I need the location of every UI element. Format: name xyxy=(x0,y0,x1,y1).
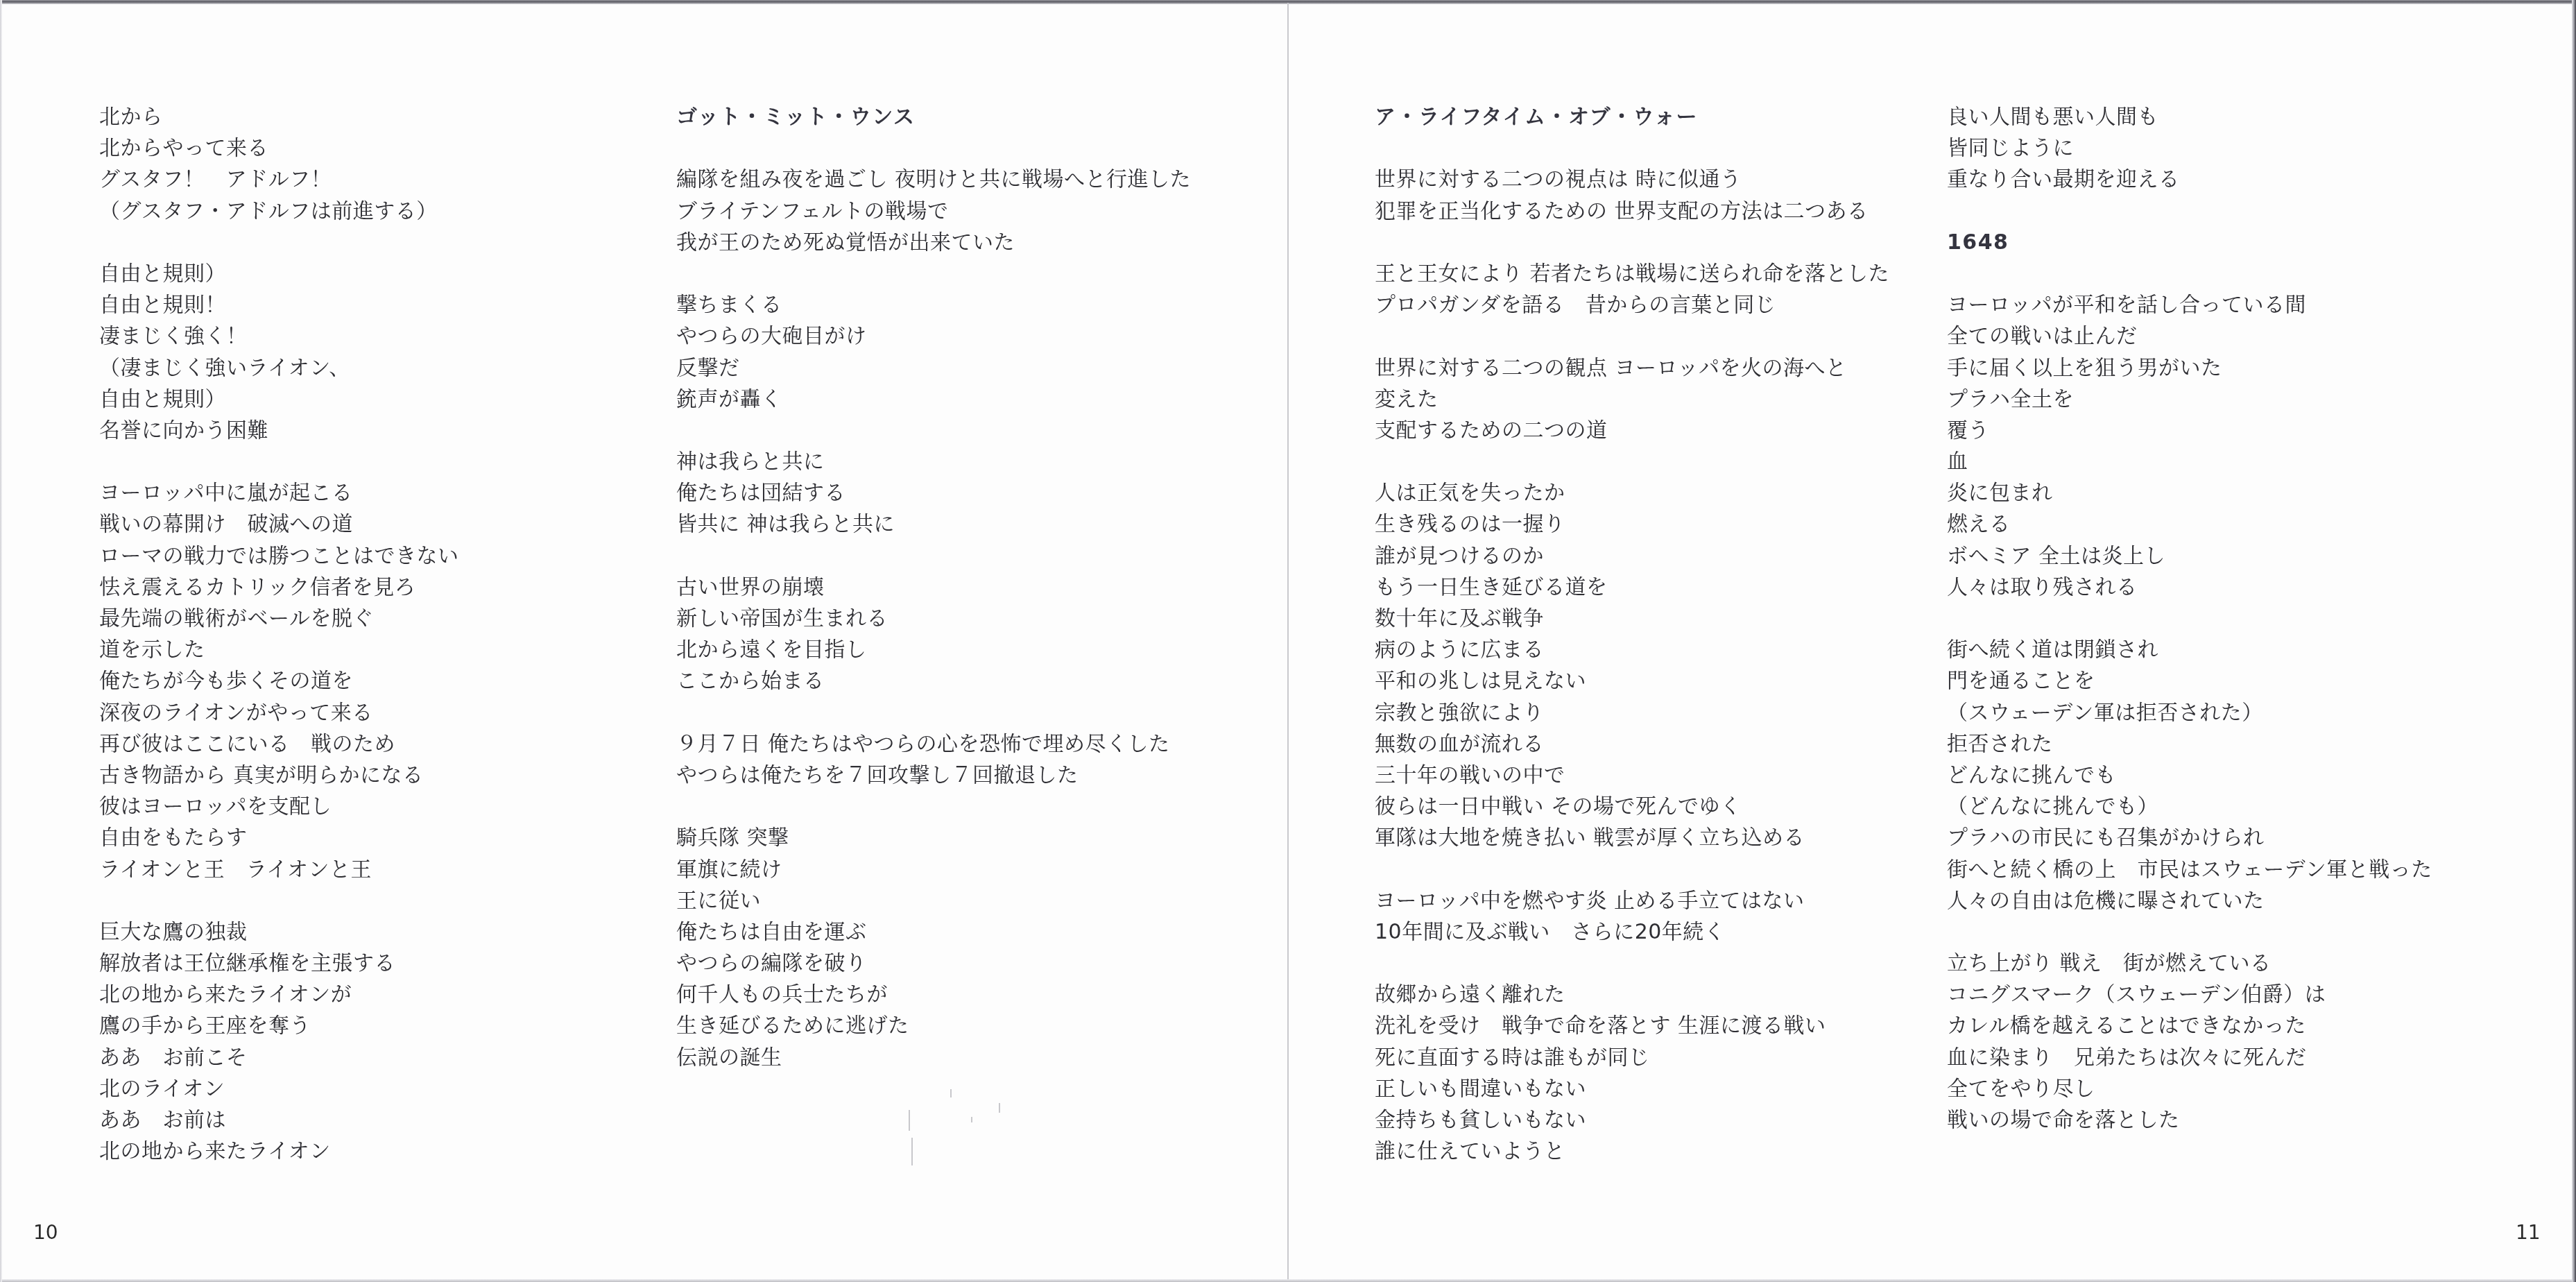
lyric-line: （どんなに挑んでも） xyxy=(1947,791,2432,822)
lyric-line: 俺たちは自由を運ぶ xyxy=(676,916,1191,948)
lyric-line: プロパガンダを語る 昔からの言葉と同じ xyxy=(1375,289,1889,320)
lyric-line: 新しい帝国が生まれる xyxy=(676,603,1191,634)
lyric-line: ブライテンフェルトの戦場で xyxy=(676,196,1191,227)
stanza-gap xyxy=(99,885,459,916)
lyric-line: 撃ちまくる xyxy=(676,289,1191,320)
lyric-line: 故郷から遠く離れた xyxy=(1375,979,1889,1010)
lyric-line: 病のように広まる xyxy=(1375,634,1889,665)
lyric-line: 人々の自由は危機に曝されていた xyxy=(1947,885,2432,916)
lyric-line: 古き物語から 真実が明らかになる xyxy=(99,760,459,791)
song-title: ゴット・ミット・ウンス xyxy=(676,101,1191,133)
lyric-line: 生き残るのは一握り xyxy=(1375,508,1889,540)
lyric-line: 彼はヨーロッパを支配し xyxy=(99,791,459,822)
lyric-line: 我が王のため死ぬ覚悟が出来ていた xyxy=(676,227,1191,258)
lyrics-column-1: 北から北からやって来るグスタフ！ アドルフ！（グスタフ・アドルフは前進する）自由… xyxy=(99,101,459,1167)
lyric-line: 伝説の誕生 xyxy=(676,1042,1191,1073)
lyric-line: 自由と規則） xyxy=(99,258,459,289)
lyric-line: 燃える xyxy=(1947,508,2432,540)
lyric-line: 凄まじく強く！ xyxy=(99,320,459,352)
stanza-gap xyxy=(676,697,1191,728)
lyric-line: 俺たちは団結する xyxy=(676,477,1191,508)
stanza-gap xyxy=(1947,196,2432,227)
scan-specks xyxy=(902,1082,1013,1172)
lyric-line: 数十年に及ぶ戦争 xyxy=(1375,603,1889,634)
lyric-line: 門を通ることを xyxy=(1947,665,2432,696)
booklet-spread: 北から北からやって来るグスタフ！ アドルフ！（グスタフ・アドルフは前進する）自由… xyxy=(0,0,2576,1282)
lyric-line: 誰が見つけるのか xyxy=(1375,540,1889,572)
page-number-right: 11 xyxy=(2516,1221,2541,1244)
lyric-line: 巨大な鷹の独裁 xyxy=(99,916,459,948)
lyric-line: 編隊を組み夜を過ごし 夜明けと共に戦場へと行進した xyxy=(676,164,1191,195)
lyrics-column-4: 良い人間も悪い人間も皆同じように重なり合い最期を迎える1648ヨーロッパが平和を… xyxy=(1947,101,2432,1136)
lyric-line: コニグスマーク（スウェーデン伯爵）は xyxy=(1947,979,2432,1010)
lyric-line: 騎兵隊 突撃 xyxy=(676,822,1191,853)
stanza-gap xyxy=(676,415,1191,446)
song-title: 1648 xyxy=(1947,227,2432,258)
lyric-line: カレル橋を越えることはできなかった xyxy=(1947,1010,2432,1041)
lyric-line: 軍旗に続け xyxy=(676,854,1191,885)
lyric-line: 北の地から来たライオンが xyxy=(99,979,459,1010)
lyric-line: 10年間に及ぶ戦い さらに20年続く xyxy=(1375,916,1889,948)
lyric-line: 神は我らと共に xyxy=(676,446,1191,477)
lyric-line: 俺たちが今も歩くその道を xyxy=(99,665,459,696)
lyric-line: 立ち上がり 戦え 街が燃えている xyxy=(1947,948,2432,979)
lyric-line: 軍隊は大地を焼き払い 戦雲が厚く立ち込める xyxy=(1375,822,1889,853)
lyric-line: 古い世界の崩壊 xyxy=(676,572,1191,603)
lyric-line: ヨーロッパ中を燃やす炎 止める手立てはない xyxy=(1375,885,1889,916)
lyric-line: ローマの戦力では勝つことはできない xyxy=(99,540,459,572)
lyric-line: 皆同じように xyxy=(1947,133,2432,164)
lyric-line: 彼らは一日中戦い その場で死んでゆく xyxy=(1375,791,1889,822)
stanza-gap xyxy=(1375,446,1889,477)
lyric-line: 重なり合い最期を迎える xyxy=(1947,164,2432,195)
lyric-line: 洗礼を受け 戦争で命を落とす 生涯に渡る戦い xyxy=(1375,1010,1889,1041)
lyric-line: ９月７日 俺たちはやつらの心を恐怖で埋め尽くした xyxy=(676,728,1191,760)
lyric-line: ああ お前は xyxy=(99,1104,459,1136)
lyric-line: 宗教と強欲により xyxy=(1375,697,1889,728)
lyric-line: 北の地から来たライオン xyxy=(99,1136,459,1167)
stanza-gap xyxy=(99,227,459,258)
lyric-line: 全てをやり尽し xyxy=(1947,1073,2432,1104)
lyric-line: ああ お前こそ xyxy=(99,1042,459,1073)
lyric-line: 変えた xyxy=(1375,384,1889,415)
lyric-line: 反撃だ xyxy=(676,352,1191,384)
lyric-line: プラハ全土を xyxy=(1947,384,2432,415)
lyric-line: 拒否された xyxy=(1947,728,2432,760)
lyric-line: 解放者は王位継承権を主張する xyxy=(99,948,459,979)
lyric-line: やつらの編隊を破り xyxy=(676,948,1191,979)
lyric-line: 何千人もの兵士たちが xyxy=(676,979,1191,1010)
lyric-line: 覆う xyxy=(1947,415,2432,446)
lyric-line: 人々は取り残される xyxy=(1947,572,2432,603)
lyric-line: 深夜のライオンがやって来る xyxy=(99,697,459,728)
lyrics-column-3: ア・ライフタイム・オブ・ウォー世界に対する二つの視点は 時に似通う犯罪を正当化す… xyxy=(1375,101,1889,1167)
title-gap xyxy=(1947,258,2432,289)
lyric-line: 北から xyxy=(99,101,459,133)
lyric-line: 血 xyxy=(1947,446,2432,477)
page-left: 北から北からやって来るグスタフ！ アドルフ！（グスタフ・アドルフは前進する）自由… xyxy=(0,0,1287,1282)
stanza-gap xyxy=(1375,320,1889,352)
lyric-line: 無数の血が流れる xyxy=(1375,728,1889,760)
stanza-gap xyxy=(1947,603,2432,634)
lyric-line: 全ての戦いは止んだ xyxy=(1947,320,2432,352)
lyric-line: 死に直面する時は誰もが同じ xyxy=(1375,1042,1889,1073)
lyric-line: 生き延びるために逃げた xyxy=(676,1010,1191,1041)
stanza-gap xyxy=(676,791,1191,822)
lyric-line: 街へと続く橋の上 市民はスウェーデン軍と戦った xyxy=(1947,854,2432,885)
lyric-line: （凄まじく強いライオン、 xyxy=(99,352,459,384)
lyric-line: 人は正気を失ったか xyxy=(1375,477,1889,508)
lyric-line: 平和の兆しは見えない xyxy=(1375,665,1889,696)
lyric-line: ライオンと王 ライオンと王 xyxy=(99,854,459,885)
lyric-line: 銃声が轟く xyxy=(676,384,1191,415)
lyric-line: 自由をもたらす xyxy=(99,822,459,853)
page-right: ア・ライフタイム・オブ・ウォー世界に対する二つの視点は 時に似通う犯罪を正当化す… xyxy=(1289,0,2576,1282)
lyric-line: 道を示した xyxy=(99,634,459,665)
lyric-line: グスタフ！ アドルフ！ xyxy=(99,164,459,195)
lyric-line: 王と王女により 若者たちは戦場に送られ命を落とした xyxy=(1375,258,1889,289)
lyric-line: 街へ続く道は閉鎖され xyxy=(1947,634,2432,665)
lyric-line: 炎に包まれ xyxy=(1947,477,2432,508)
stanza-gap xyxy=(1375,948,1889,979)
lyric-line: （グスタフ・アドルフは前進する） xyxy=(99,196,459,227)
title-gap xyxy=(1375,133,1889,164)
lyric-line: 良い人間も悪い人間も xyxy=(1947,101,2432,133)
lyric-line: 再び彼はここにいる 戦のため xyxy=(99,728,459,760)
lyric-line: やつらの大砲目がけ xyxy=(676,320,1191,352)
lyric-line: やつらは俺たちを７回攻撃し７回撤退した xyxy=(676,760,1191,791)
lyric-line: 最先端の戦術がベールを脱ぐ xyxy=(99,603,459,634)
lyric-line: 金持ちも貧しいもない xyxy=(1375,1104,1889,1136)
lyric-line: （スウェーデン軍は拒否された） xyxy=(1947,697,2432,728)
title-gap xyxy=(676,133,1191,164)
lyric-line: 血に染まり 兄弟たちは次々に死んだ xyxy=(1947,1042,2432,1073)
lyric-line: どんなに挑んでも xyxy=(1947,760,2432,791)
lyric-line: 正しいも間違いもない xyxy=(1375,1073,1889,1104)
stanza-gap xyxy=(1375,854,1889,885)
lyric-line: 世界に対する二つの観点 ヨーロッパを火の海へと xyxy=(1375,352,1889,384)
lyric-line: 三十年の戦いの中で xyxy=(1375,760,1889,791)
page-number-left: 10 xyxy=(33,1221,58,1244)
lyric-line: 北からやって来る xyxy=(99,133,459,164)
lyric-line: ヨーロッパ中に嵐が起こる xyxy=(99,477,459,508)
lyric-line: 支配するための二つの道 xyxy=(1375,415,1889,446)
lyric-line: ここから始まる xyxy=(676,665,1191,696)
stanza-gap xyxy=(1375,227,1889,258)
stanza-gap xyxy=(676,540,1191,572)
lyrics-column-2: ゴット・ミット・ウンス編隊を組み夜を過ごし 夜明けと共に戦場へと行進したブライテ… xyxy=(676,101,1191,1073)
lyric-line: ボヘミア 全土は炎上し xyxy=(1947,540,2432,572)
lyric-line: 誰に仕えていようと xyxy=(1375,1136,1889,1167)
lyric-line: もう一日生き延びる道を xyxy=(1375,572,1889,603)
lyric-line: 北のライオン xyxy=(99,1073,459,1104)
lyric-line: 自由と規則！ xyxy=(99,289,459,320)
lyric-line: 手に届く以上を狙う男がいた xyxy=(1947,352,2432,384)
lyric-line: 世界に対する二つの視点は 時に似通う xyxy=(1375,164,1889,195)
stanza-gap xyxy=(99,446,459,477)
stanza-gap xyxy=(1947,916,2432,948)
lyric-line: 皆共に 神は我らと共に xyxy=(676,508,1191,540)
lyric-line: 戦いの場で命を落とした xyxy=(1947,1104,2432,1136)
lyric-line: 犯罪を正当化するための 世界支配の方法は二つある xyxy=(1375,196,1889,227)
lyric-line: 怯え震えるカトリック信者を見ろ xyxy=(99,572,459,603)
lyric-line: 王に従い xyxy=(676,885,1191,916)
lyric-line: 北から遠くを目指し xyxy=(676,634,1191,665)
lyric-line: 鷹の手から王座を奪う xyxy=(99,1010,459,1041)
lyric-line: 自由と規則） xyxy=(99,384,459,415)
lyric-line: 戦いの幕開け 破滅への道 xyxy=(99,508,459,540)
lyric-line: プラハの市民にも召集がかけられ xyxy=(1947,822,2432,853)
song-title: ア・ライフタイム・オブ・ウォー xyxy=(1375,101,1889,133)
stanza-gap xyxy=(676,258,1191,289)
lyric-line: ヨーロッパが平和を話し合っている間 xyxy=(1947,289,2432,320)
lyric-line: 名誉に向かう困難 xyxy=(99,415,459,446)
